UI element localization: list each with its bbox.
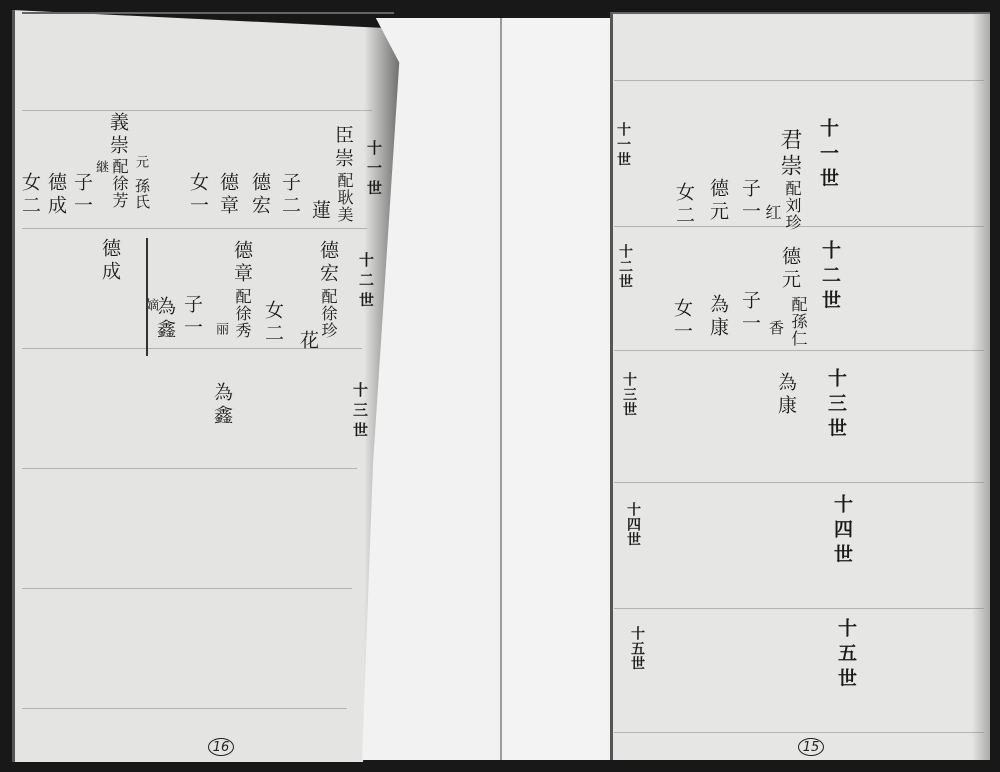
daughters-count: 女二 xyxy=(674,182,693,228)
generation-label-12: 十二世 xyxy=(358,252,373,312)
note: 元 xyxy=(134,155,147,169)
generation-label-11: 十一世 xyxy=(366,140,381,200)
child-name: 德宏 xyxy=(250,172,269,218)
margin-generation-label-13: 十三世 xyxy=(622,372,636,417)
spouse-line: 配徐珍 xyxy=(320,288,336,339)
spouse-line: 配刘珍 xyxy=(784,180,800,231)
spouse-name-end: 蓮 xyxy=(310,200,329,223)
right-page xyxy=(610,12,990,760)
child-name: 為康 xyxy=(708,294,727,340)
person-name: 君崇 xyxy=(778,128,800,180)
left-page-border xyxy=(22,12,394,752)
branch-line xyxy=(146,238,148,356)
person-name: 為康 xyxy=(776,372,795,418)
generation-label-14: 十四世 xyxy=(832,494,851,569)
person-name: 德元 xyxy=(780,246,799,292)
person-name: 德成 xyxy=(100,238,119,284)
generation-label-15: 十五世 xyxy=(836,618,855,693)
spouse-name-end: 花 xyxy=(298,330,317,353)
spouse-line: 配徐秀 xyxy=(234,288,250,339)
row-rule xyxy=(22,708,347,709)
row-rule xyxy=(614,732,984,733)
margin-generation-label-11: 十一世 xyxy=(616,122,630,167)
spouse-line: 配孫仁 xyxy=(790,296,806,347)
person-name: 德章 xyxy=(232,240,251,286)
sons-count: 子一 xyxy=(740,290,759,336)
sons-count: 子一 xyxy=(182,294,201,340)
generation-label-12: 十二世 xyxy=(820,240,839,315)
daughters-count: 女一 xyxy=(672,298,691,344)
child-name: 德章 xyxy=(218,172,237,218)
sons-count: 子一 xyxy=(740,178,759,224)
person-name: 義崇 xyxy=(108,112,127,158)
sons-count: 子一 xyxy=(72,172,91,218)
row-rule xyxy=(22,110,372,111)
daughters-count: 女二 xyxy=(20,172,39,218)
row-rule xyxy=(22,468,357,469)
row-rule xyxy=(614,350,984,351)
sons-count: 子二 xyxy=(280,172,299,218)
spouse-line: 配耿美 xyxy=(336,172,352,223)
page-number: 15 xyxy=(798,738,824,756)
note: 継 xyxy=(94,160,107,174)
generation-label-13: 十三世 xyxy=(826,368,845,443)
row-rule xyxy=(614,482,984,483)
row-rule xyxy=(614,608,984,609)
generation-label-11: 十一世 xyxy=(818,118,837,193)
child-name: 德成 xyxy=(46,172,65,218)
person-name: 德宏 xyxy=(318,240,337,286)
daughters-count: 女二 xyxy=(263,300,282,346)
row-rule xyxy=(22,228,367,229)
spouse-name-end: 丽 xyxy=(214,322,227,336)
row-rule xyxy=(614,80,984,81)
spouse-name-end: 香 xyxy=(768,320,783,336)
margin-generation-label-14: 十四世 xyxy=(626,502,640,547)
spouse-name-end: 红 xyxy=(764,204,780,224)
generation-label-13: 十三世 xyxy=(352,382,367,442)
page-number: 16 xyxy=(208,738,234,756)
child-name: 德元 xyxy=(708,178,727,224)
spouse-line: 配徐芳 xyxy=(111,158,127,209)
person-name: 為鑫 xyxy=(212,382,231,428)
row-rule xyxy=(22,588,352,589)
note: 孫氏 xyxy=(134,178,149,210)
daughters-count: 女一 xyxy=(188,172,207,218)
person-name: 臣崇 xyxy=(333,125,352,171)
margin-generation-label-12: 十二世 xyxy=(618,244,632,289)
margin-generation-label-15: 十五世 xyxy=(630,626,644,671)
